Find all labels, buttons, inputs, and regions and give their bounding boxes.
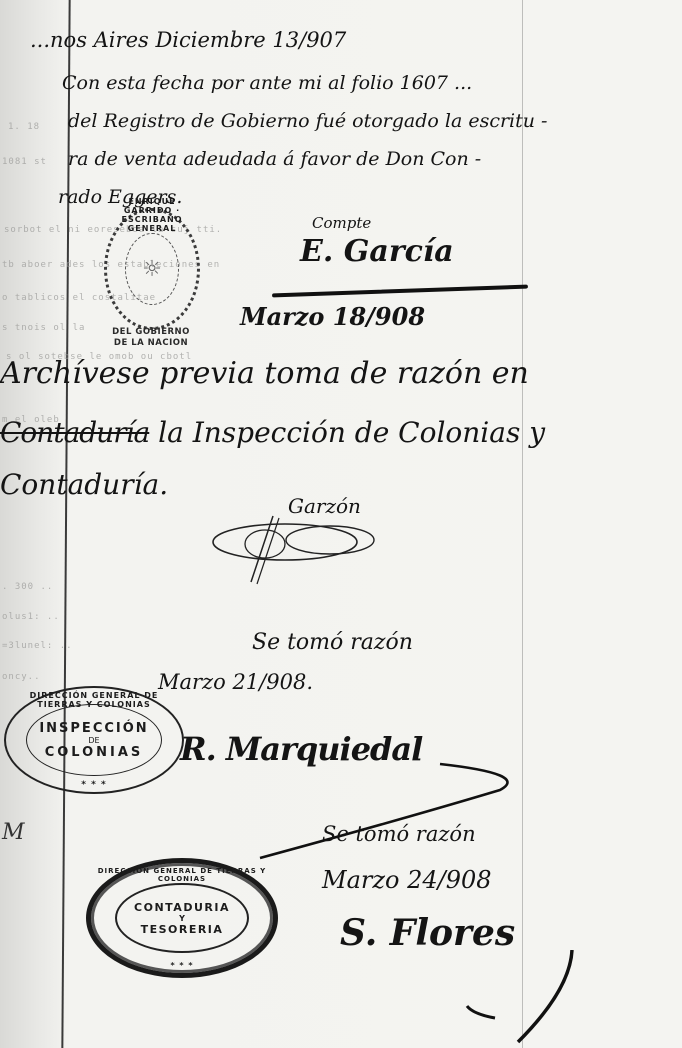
entry-1-date-line: ...nos Aires Diciembre 13/907: [30, 28, 346, 52]
stamp-center-line: TESORERIA: [141, 923, 224, 936]
inspeccion-colonias-stamp: INSPECCIÓN DE COLONIAS DIRECCIÓN GENERAL…: [4, 686, 184, 794]
signature-descender-icon: [510, 950, 580, 1048]
signature-dash-icon: [465, 1002, 499, 1022]
stamp-ring-text: DIRECCIÓN GENERAL DE TIERRAS Y COLONIAS: [91, 867, 273, 883]
bleed-through-text: oncy..: [2, 672, 41, 682]
entry-1-body-line: del Registro de Gobierno fué otorgado la…: [68, 110, 547, 132]
entry-1-body-line: Con esta fecha por ante mi al folio 1607…: [62, 72, 472, 94]
coat-of-arms-icon: ☼: [125, 233, 179, 305]
stamp-inner-ring: CONTADURIA Y TESORERIA: [115, 883, 249, 953]
bleed-through-text: 1081 st: [2, 157, 47, 167]
signature-underline: [272, 285, 528, 298]
bleed-through-text: 1. 18: [8, 122, 40, 132]
entry-2-body-line: Contaduría.: [0, 468, 168, 501]
entry-2-body-line: Archívese previa toma de razón en: [0, 356, 529, 391]
bleed-through-text: olus1: ..: [2, 612, 60, 622]
garzon-flourish-icon: [205, 510, 415, 590]
escribania-stamp: ☼ ENRIQUE GARRIDO · ESCRIBANO GENERAL: [104, 208, 200, 330]
escribania-stamp-caption: DEL GOBIERNO DE LA NACION: [96, 327, 206, 349]
entry-3-note: Se tomó razón: [252, 630, 413, 655]
stamp-ring-text: DIRECCIÓN GENERAL DE TIERRAS Y COLONIAS: [6, 691, 182, 709]
stamp-center-line: DE: [88, 736, 99, 745]
escribania-stamp-ring-text: ENRIQUE GARRIDO · ESCRIBANO GENERAL: [107, 197, 197, 233]
margin-mark: M: [2, 820, 25, 845]
stamp-center-line: INSPECCIÓN: [39, 721, 148, 736]
bleed-through-text: =3lunel: ..: [2, 641, 73, 651]
stamp-stars: * * *: [81, 780, 106, 790]
entry-4-signature: S. Flores: [340, 912, 515, 954]
contaduria-tesoreria-stamp: CONTADURIA Y TESORERIA DIRECCIÓN GENERAL…: [86, 858, 278, 978]
right-margin-rule: [522, 0, 523, 1048]
stamp-stars: * * *: [170, 961, 193, 970]
entry-1-body-line: ra de venta adeudada á favor de Don Con …: [68, 148, 481, 170]
caption-line: DE LA NACION: [96, 338, 206, 349]
entry-2-body-line-text: la Inspección de Colonias y: [158, 416, 545, 449]
struck-word: Contaduría: [0, 416, 149, 449]
stamp-center-line: CONTADURIA: [134, 901, 230, 914]
entry-1-signature-label: Compte: [312, 214, 371, 232]
entry-1-signature: E. García: [300, 234, 454, 269]
bleed-through-text: . 300 ..: [2, 582, 53, 592]
stamp-center-line: COLONIAS: [45, 745, 144, 760]
stamp-center-line: Y: [179, 914, 185, 923]
document-page: 1. 18 1081 st sorbot el ni eoreseboa la …: [0, 0, 682, 1048]
entry-2-body-line: Contaduría la Inspección de Colonias y: [0, 416, 545, 449]
entry-4-date: Marzo 24/908: [322, 866, 492, 894]
bleed-through-text: s tnois ol la: [2, 323, 85, 333]
stamp-inner-ring: INSPECCIÓN DE COLONIAS: [26, 704, 162, 776]
entry-2-date: Marzo 18/908: [240, 302, 425, 331]
caption-line: DEL GOBIERNO: [96, 327, 206, 338]
entry-4-note: Se tomó razón: [322, 822, 476, 846]
